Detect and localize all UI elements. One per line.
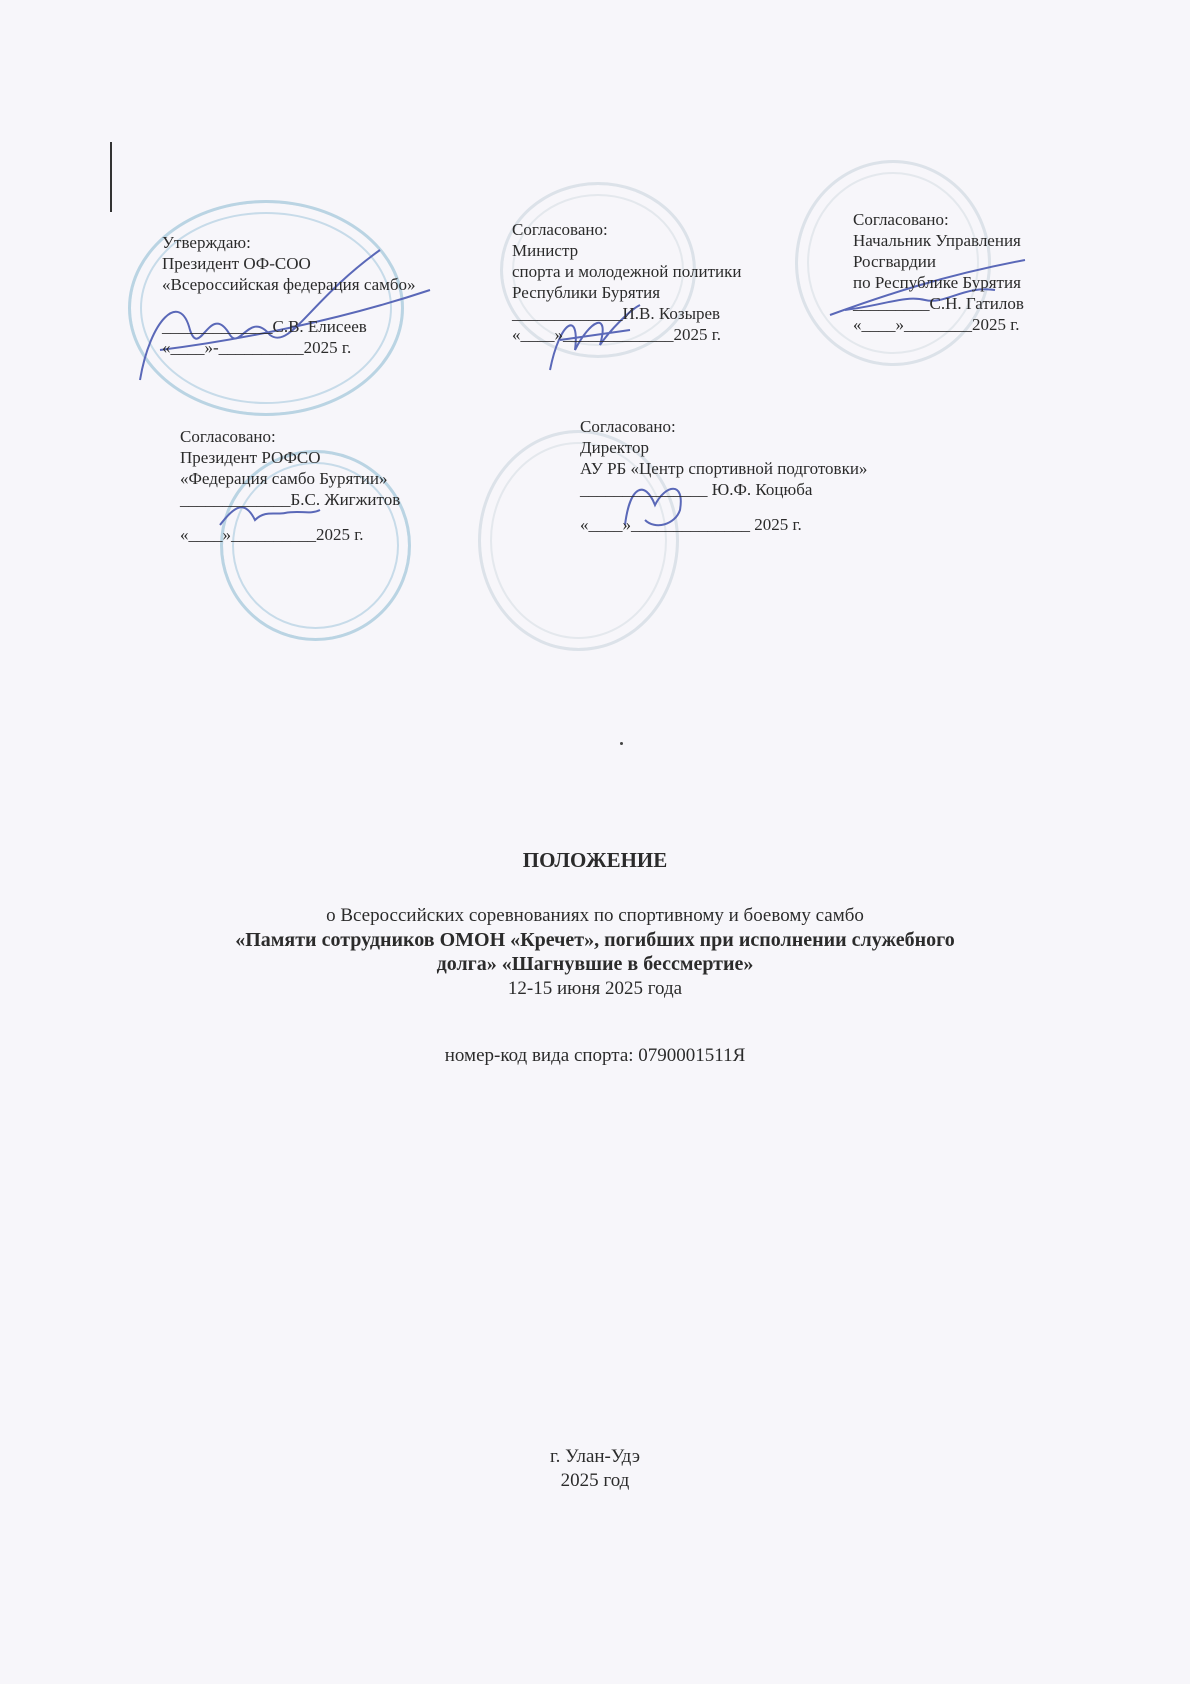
approval-line: «Федерация самбо Бурятии» <box>180 468 400 489</box>
date-line: «____»_____________2025 г. <box>512 324 741 345</box>
date-line: «____»__________2025 г. <box>180 524 400 545</box>
approval-line: Президент РОФСО <box>180 447 400 468</box>
approval-heading: Согласовано: <box>180 426 400 447</box>
year: 2025 год <box>0 1469 1190 1493</box>
event-name-line-2: долга» «Шагнувшие в бессмертие» <box>0 952 1190 976</box>
approval-line: Республики Бурятия <box>512 282 741 303</box>
document-title: ПОЛОЖЕНИЕ <box>0 848 1190 873</box>
approval-heading: Согласовано: <box>853 209 1024 230</box>
approval-block-ministry: Согласовано: Министр спорта и молодежной… <box>512 219 741 345</box>
signature-line: _______________ Ю.Ф. Коцюба <box>580 479 867 500</box>
date-line: «____»-__________2025 г. <box>162 337 416 358</box>
approval-line: по Республике Бурятия <box>853 272 1024 293</box>
event-name-line-1: «Памяти сотрудников ОМОН «Кречет», погиб… <box>0 928 1190 952</box>
approval-line: Начальник Управления <box>853 230 1024 251</box>
approval-heading: Согласовано: <box>512 219 741 240</box>
approval-block-rosgvardia: Согласовано: Начальник Управления Росгва… <box>853 209 1024 335</box>
signature-line: _____________С.В. Елисеев <box>162 316 416 337</box>
signature-line: _____________И.В. Козырев <box>512 303 741 324</box>
approval-line: «Всероссийская федерация самбо» <box>162 274 416 295</box>
city: г. Улан-Удэ <box>0 1445 1190 1469</box>
signature-line: _____________Б.С. Жигжитов <box>180 489 400 510</box>
approval-line: АУ РБ «Центр спортивной подготовки» <box>580 458 867 479</box>
date-line: «____»______________ 2025 г. <box>580 514 867 535</box>
document-subtitle: о Всероссийских соревнованиях по спортив… <box>0 904 1190 928</box>
event-dates: 12-15 июня 2025 года <box>0 977 1190 1001</box>
approval-line: Министр <box>512 240 741 261</box>
approval-heading: Утверждаю: <box>162 232 416 253</box>
approval-block-csp: Согласовано: Директор АУ РБ «Центр спорт… <box>580 416 867 535</box>
date-line: «____»________2025 г. <box>853 314 1024 335</box>
approval-block-rofso: Согласовано: Президент РОФСО «Федерация … <box>180 426 400 545</box>
approval-line: Росгвардии <box>853 251 1024 272</box>
signature-line: _________С.Н. Гатилов <box>853 293 1024 314</box>
approval-line: спорта и молодежной политики <box>512 261 741 282</box>
approval-block-vfs: Утверждаю: Президент ОФ-СОО «Всероссийск… <box>162 232 416 358</box>
stray-mark <box>620 742 623 745</box>
approval-heading: Согласовано: <box>580 416 867 437</box>
sport-code: номер-код вида спорта: 0790001511Я <box>0 1044 1190 1068</box>
approval-line: Директор <box>580 437 867 458</box>
approval-line: Президент ОФ-СОО <box>162 253 416 274</box>
margin-mark <box>110 142 112 212</box>
